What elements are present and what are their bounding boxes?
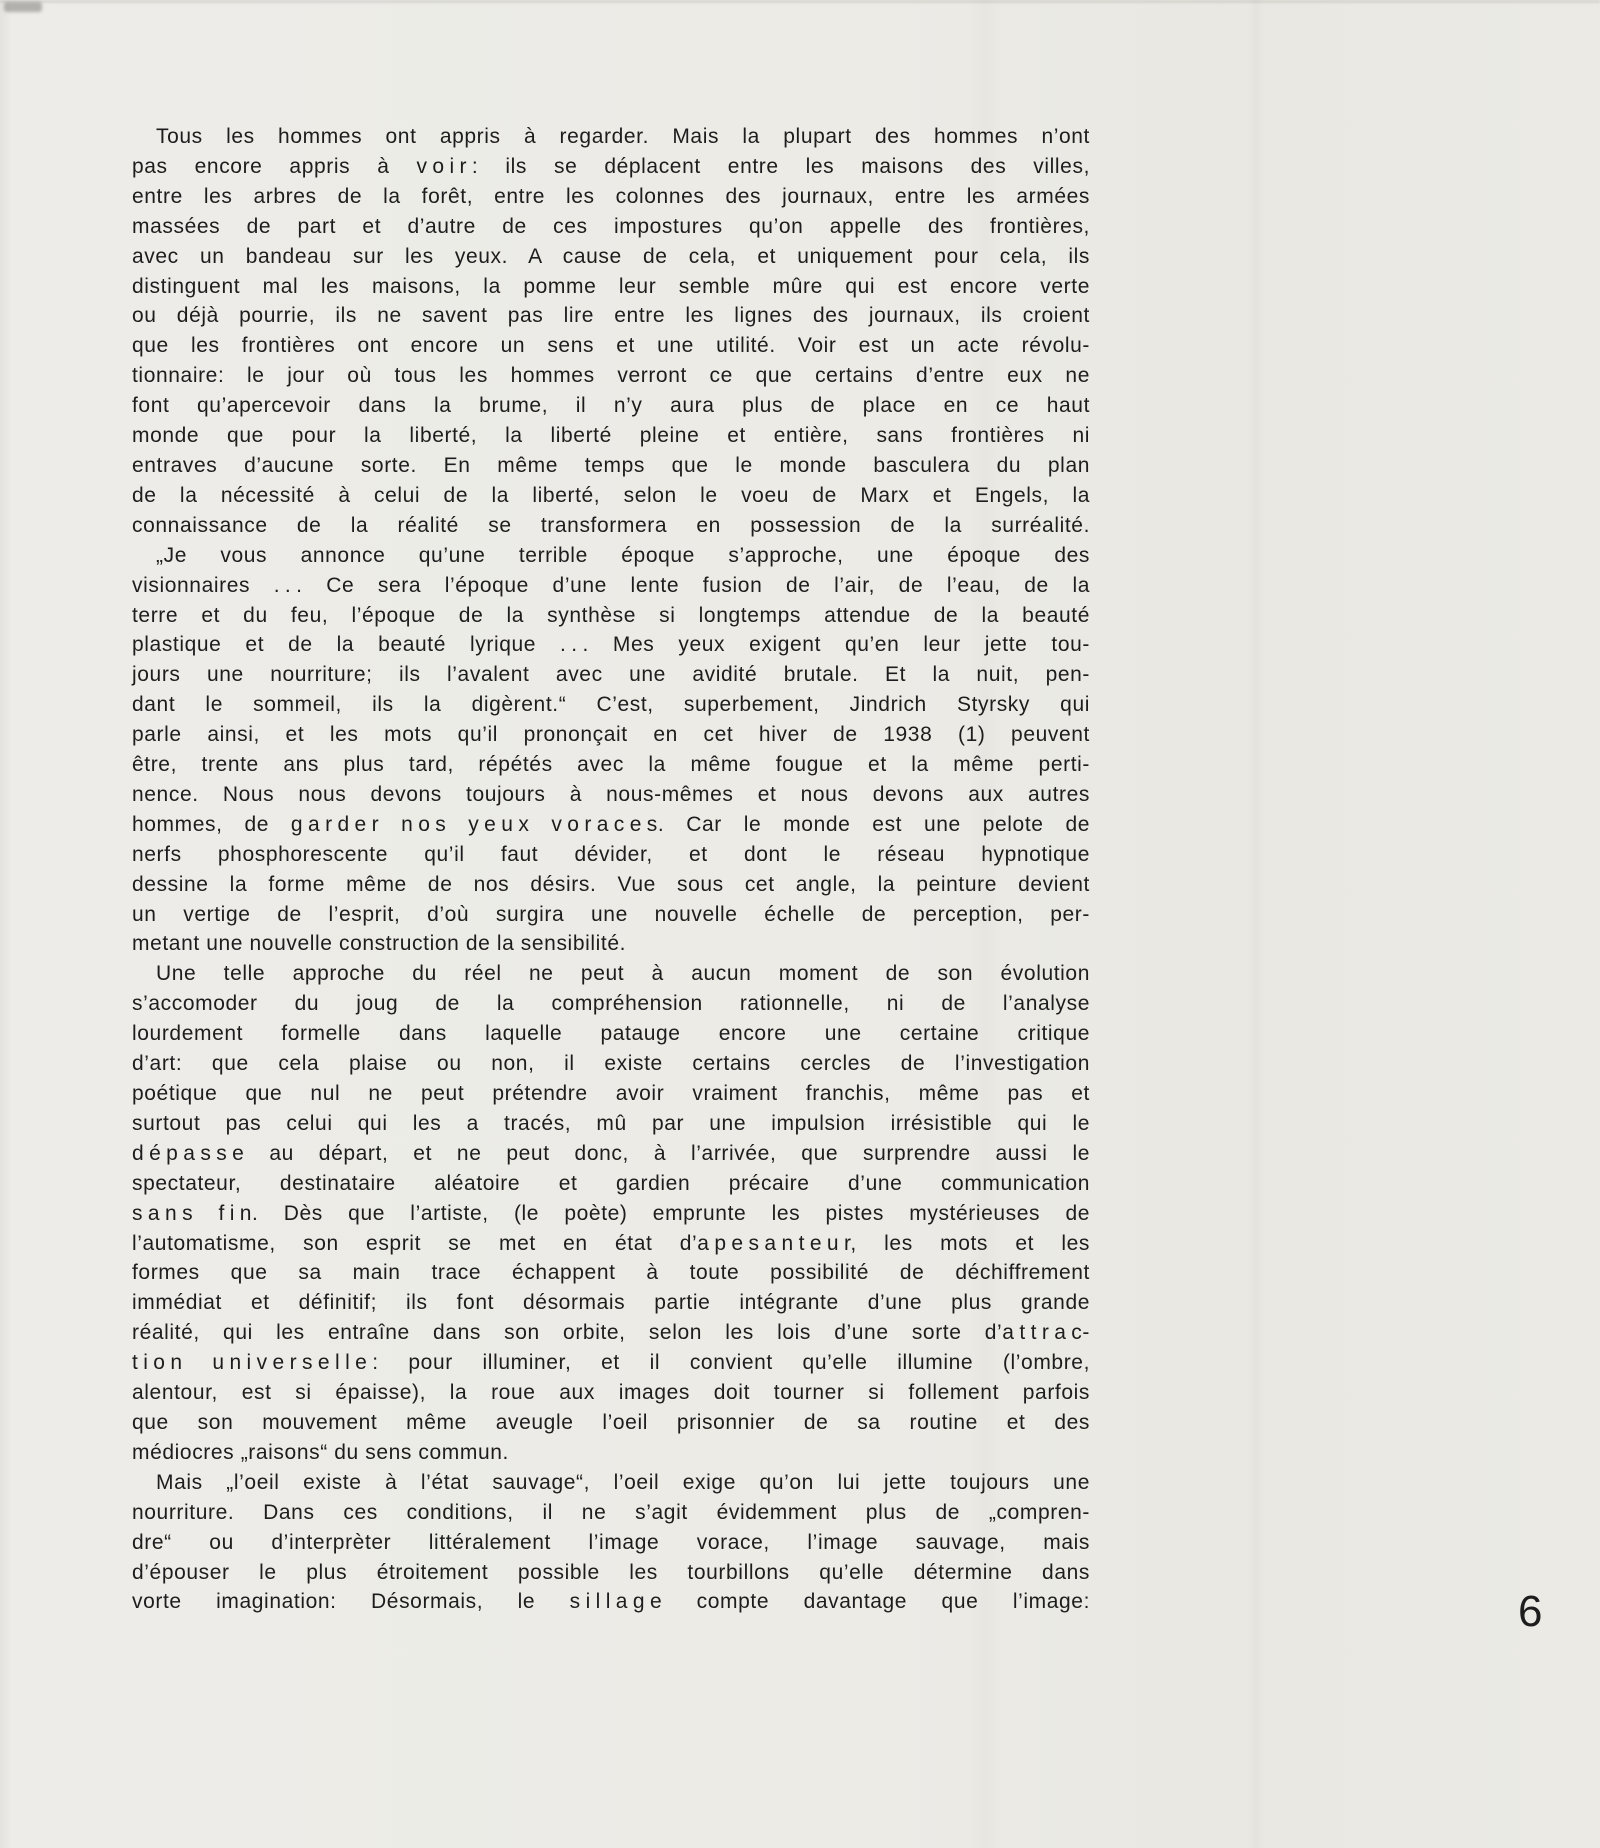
scan-streak <box>1248 0 1264 1848</box>
scan-smudge <box>4 2 42 12</box>
text-line: Tous les hommes ont appris à regarder. M… <box>132 122 1090 152</box>
text-line: dessine la forme même de nos désirs. Vue… <box>132 870 1090 900</box>
text-line: font qu’apercevoir dans la brume, il n’y… <box>132 391 1090 421</box>
text-line: être, trente ans plus tard, répétés avec… <box>132 750 1090 780</box>
text-line: un vertige de l’esprit, d’où surgira une… <box>132 900 1090 930</box>
text-line: que son mouvement même aveugle l’oeil pr… <box>132 1408 1090 1438</box>
text-line: poétique que nul ne peut prétendre avoir… <box>132 1079 1090 1109</box>
text-line: entre les arbres de la forêt, entre les … <box>132 182 1090 212</box>
text-line: nence. Nous nous devons toujours à nous-… <box>132 780 1090 810</box>
text-line: l’automatisme, son esprit se met en état… <box>132 1229 1090 1259</box>
text-line: entraves d’aucune sorte. En même temps q… <box>132 451 1090 481</box>
text-line: hommes, de g a r d e r n o s y e u x v o… <box>132 810 1090 840</box>
text-line: s a n s f i n. Dès que l’artiste, (le po… <box>132 1199 1090 1229</box>
text-line: dre“ ou d’interprèter littéralement l’im… <box>132 1528 1090 1558</box>
text-line: spectateur, destinataire aléatoire et ga… <box>132 1169 1090 1199</box>
text-line: ou déjà pourrie, ils ne savent pas lire … <box>132 301 1090 331</box>
text-line: vorte imagination: Désormais, le s i l l… <box>132 1587 1090 1617</box>
text-line: médiocres „raisons“ du sens commun. <box>132 1438 1090 1468</box>
text-line: formes que sa main trace échappent à tou… <box>132 1258 1090 1288</box>
text-line: plastique et de la beauté lyrique . . . … <box>132 630 1090 660</box>
text-line: s’accomoder du joug de la compréhension … <box>132 989 1090 1019</box>
text-line: surtout pas celui qui les a tracés, mû p… <box>132 1109 1090 1139</box>
text-line: monde que pour la liberté, la liberté pl… <box>132 421 1090 451</box>
text-line: distinguent mal les maisons, la pomme le… <box>132 272 1090 302</box>
text-line: Mais „l’oeil existe à l’état sauvage“, l… <box>132 1468 1090 1498</box>
text-line: dant le sommeil, ils la digèrent.“ C’est… <box>132 690 1090 720</box>
text-line: nerfs phosphorescente qu’il faut dévider… <box>132 840 1090 870</box>
text-line: parle ainsi, et les mots qu’il prononçai… <box>132 720 1090 750</box>
text-line: nourriture. Dans ces conditions, il ne s… <box>132 1498 1090 1528</box>
text-line: t i o n u n i v e r s e l l e : pour ill… <box>132 1348 1090 1378</box>
text-line: connaissance de la réalité se transforme… <box>132 511 1090 541</box>
text-line: Une telle approche du réel ne peut à auc… <box>132 959 1090 989</box>
text-line: d é p a s s e au départ, et ne peut donc… <box>132 1139 1090 1169</box>
text-line: massées de part et d’autre de ces impost… <box>132 212 1090 242</box>
page-number: 6 <box>1518 1590 1542 1634</box>
text-line: d’épouser le plus étroitement possible l… <box>132 1558 1090 1588</box>
text-line: lourdement formelle dans laquelle pataug… <box>132 1019 1090 1049</box>
scan-edge-shadow <box>0 0 1600 3</box>
text-line: immédiat et définitif; ils font désormai… <box>132 1288 1090 1318</box>
text-line: que les frontières ont encore un sens et… <box>132 331 1090 361</box>
text-line: terre et du feu, l’époque de la synthèse… <box>132 601 1090 631</box>
text-line: pas encore appris à v o i r : ils se dép… <box>132 152 1090 182</box>
document-page: Tous les hommes ont appris à regarder. M… <box>0 0 1600 1848</box>
text-line: d’art: que cela plaise ou non, il existe… <box>132 1049 1090 1079</box>
scan-edge-shadow <box>0 0 12 1848</box>
text-line: de la nécessité à celui de la liberté, s… <box>132 481 1090 511</box>
text-line: avec un bandeau sur les yeux. A cause de… <box>132 242 1090 272</box>
text-line: metant une nouvelle construction de la s… <box>132 929 1090 959</box>
text-line: alentour, est si épaisse), la roue aux i… <box>132 1378 1090 1408</box>
body-text: Tous les hommes ont appris à regarder. M… <box>132 122 1090 1617</box>
text-line: tionnaire: le jour où tous les hommes ve… <box>132 361 1090 391</box>
text-line: réalité, qui les entraîne dans son orbit… <box>132 1318 1090 1348</box>
text-line: visionnaires . . . Ce sera l’époque d’un… <box>132 571 1090 601</box>
text-line: jours une nourriture; ils l’avalent avec… <box>132 660 1090 690</box>
text-line: „Je vous annonce qu’une terrible époque … <box>132 541 1090 571</box>
